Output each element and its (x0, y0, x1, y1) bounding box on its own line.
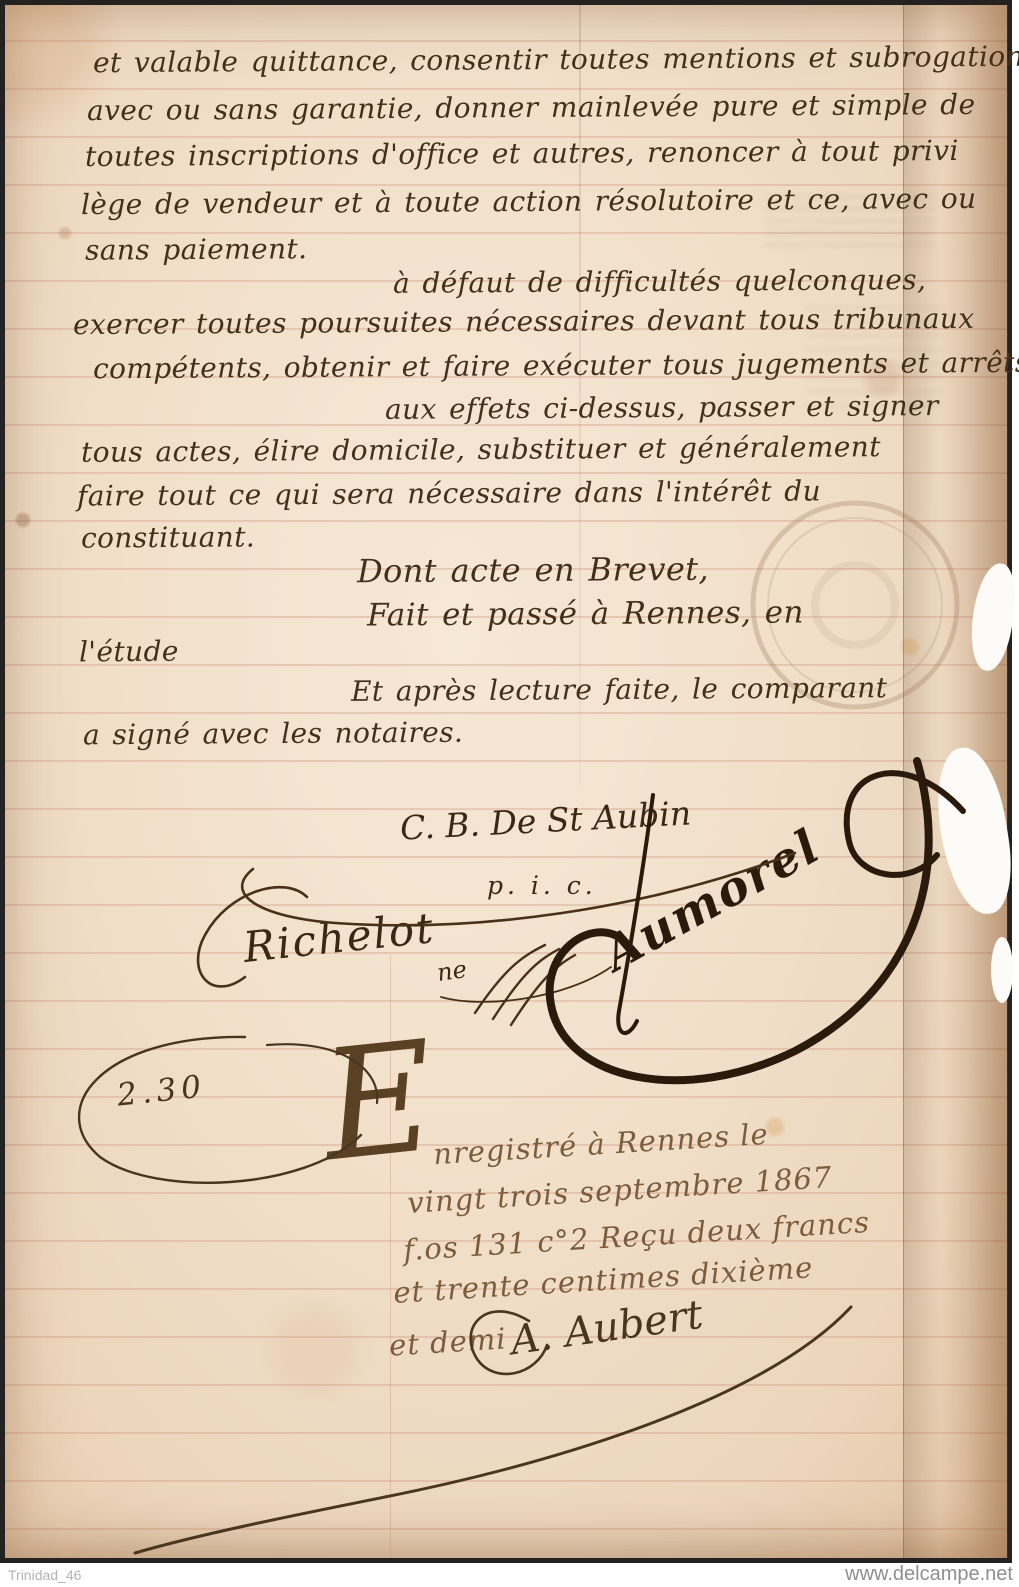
paper-sheet: et valable quittance, consentir toutes m… (0, 0, 1012, 1563)
signature-paraph: ne (435, 955, 468, 987)
manuscript-line: à défaut de difficultés quelconques, (393, 265, 927, 299)
manuscript-line: aux effets ci-dessus, passer et signer (385, 391, 939, 425)
signature-notary-st-aubin: C. B. De St Aubin (399, 793, 692, 847)
manuscript-line: lège de vendeur et à toute action résolu… (81, 184, 977, 220)
manuscript-line: constituant. (81, 522, 255, 553)
watermark-left: Trinidad_46 (8, 1567, 81, 1583)
manuscript-line: compétents, obtenir et faire exécuter to… (93, 348, 1019, 385)
manuscript-line: tous actes, élire domicile, substituer e… (81, 432, 881, 468)
manuscript-line: l'étude (79, 637, 179, 668)
manuscript-line: Et après lecture faite, le comparant (351, 673, 888, 707)
signature-notary-initials: p. i. c. (487, 871, 597, 900)
registration-fee: 2.30 (115, 1068, 207, 1113)
manuscript-line: Dont acte en Brevet, (357, 554, 709, 586)
manuscript-line: et valable quittance, consentir toutes m… (93, 42, 1019, 78)
signature-notary-richelot: Richelot (241, 903, 437, 972)
manuscript-line: sans paiement. (85, 234, 308, 266)
registration-line: nregistré à Rennes le (432, 1117, 769, 1171)
registration-line: et demi (388, 1321, 507, 1362)
paper-tear (991, 937, 1013, 1003)
manuscript-line: a signé avec les notaires. (83, 718, 463, 751)
watermark-right: www.delcampe.net (845, 1563, 1013, 1586)
manuscript-line: Fait et passé à Rennes, en (367, 597, 804, 630)
registration-initial-e: E (314, 1008, 443, 1196)
manuscript-line: avec ou sans garantie, donner mainlevée … (87, 90, 976, 126)
scanned-document-page: et valable quittance, consentir toutes m… (0, 0, 1019, 1587)
watermark-footer: Trinidad_46 www.delcampe.net (0, 1563, 1019, 1587)
signature-registrar: A. Aubert (508, 1292, 706, 1364)
signature-comparant: Aumorel (595, 819, 830, 983)
manuscript-line: toutes inscriptions d'office et autres, … (85, 136, 959, 172)
manuscript-line: faire tout ce qui sera nécessaire dans l… (77, 476, 821, 511)
manuscript-line: exercer toutes poursuites nécessaires de… (73, 304, 975, 340)
